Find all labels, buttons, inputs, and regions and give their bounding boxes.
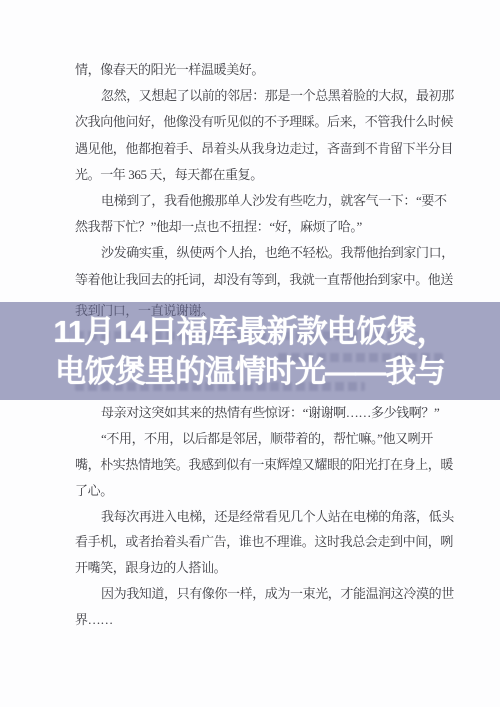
text-block-below-banner: 母亲对这突如其来的热情有些惊讶：“谢谢啊……多少钱啊？”“不用，不用，以后都是邻… xyxy=(0,400,500,633)
text-line: 母亲对这突如其来的热情有些惊讶：“谢谢啊……多少钱啊？” xyxy=(0,400,500,426)
text-line: 看手机，或者抬着头看广告，谁也不理谁。这时我总会走到中间，咧 xyxy=(0,529,500,555)
text-line: 然我帮下忙？”他却一点也不扭捏：“好，麻烦了哈。” xyxy=(0,214,500,240)
text-line: “不用，不用，以后都是邻居，顺带着的，帮忙嘛。”他又咧开 xyxy=(0,426,500,452)
text-block-above-banner: 情，像春天的阳光一样温暖美好。忽然，又想起了以前的邻居：那是一个总黑着脸的大叔，… xyxy=(0,57,500,293)
text-line: 了心。 xyxy=(0,478,500,504)
text-line: 次我向他问好，他像没有听见似的不予理睬。后来，不管我什么时候 xyxy=(0,109,500,135)
document-page: 情，像春天的阳光一样温暖美好。忽然，又想起了以前的邻居：那是一个总黑着脸的大叔，… xyxy=(0,0,500,707)
title-overlay-banner: 我到门口，一直说谢谢。 11月14日福库最新款电饭煲， 电饭煲里的温情时光——我… xyxy=(0,302,500,400)
banner-title-line-1: 11月14日福库最新款电饭煲， xyxy=(0,312,500,352)
text-line: 忽然，又想起了以前的邻居：那是一个总黑着脸的大叔，最初那 xyxy=(0,83,500,109)
text-line: 光。一年 365 天，每天都在重复。 xyxy=(0,162,500,188)
text-line: 遇见他，他都抱着手、昂着头从我身边走过，吝啬到不肯留下半分目 xyxy=(0,136,500,162)
text-line: 嘴，朴实热情地笑。我感到似有一束辉煌又耀眼的阳光打在身上，暖 xyxy=(0,452,500,478)
banner-title: 11月14日福库最新款电饭煲， 电饭煲里的温情时光——我与 xyxy=(0,312,500,391)
text-line: 我每次再进入电梯，还是经常看见几个人站在电梯的角落，低头 xyxy=(0,504,500,530)
text-line: 开嘴笑，跟身边的人搭讪。 xyxy=(0,555,500,581)
text-line: 因为我知道，只有像你一样，成为一束光，才能温润这冷漠的世 xyxy=(0,581,500,607)
text-line: 沙发确实重，纵使两个人抬，也绝不轻松。我帮他抬到家门口， xyxy=(0,240,500,266)
banner-title-line-2: 电饭煲里的温情时光——我与 xyxy=(0,352,500,392)
text-line: 界…… xyxy=(0,607,500,633)
text-line: 等着他让我回去的托词，却没有等到，我就一直帮他抬到家中。他送 xyxy=(0,267,500,293)
text-line: 电梯到了，我看他搬那单人沙发有些吃力，就客气一下：“要不 xyxy=(0,188,500,214)
text-line: 情，像春天的阳光一样温暖美好。 xyxy=(0,57,500,83)
